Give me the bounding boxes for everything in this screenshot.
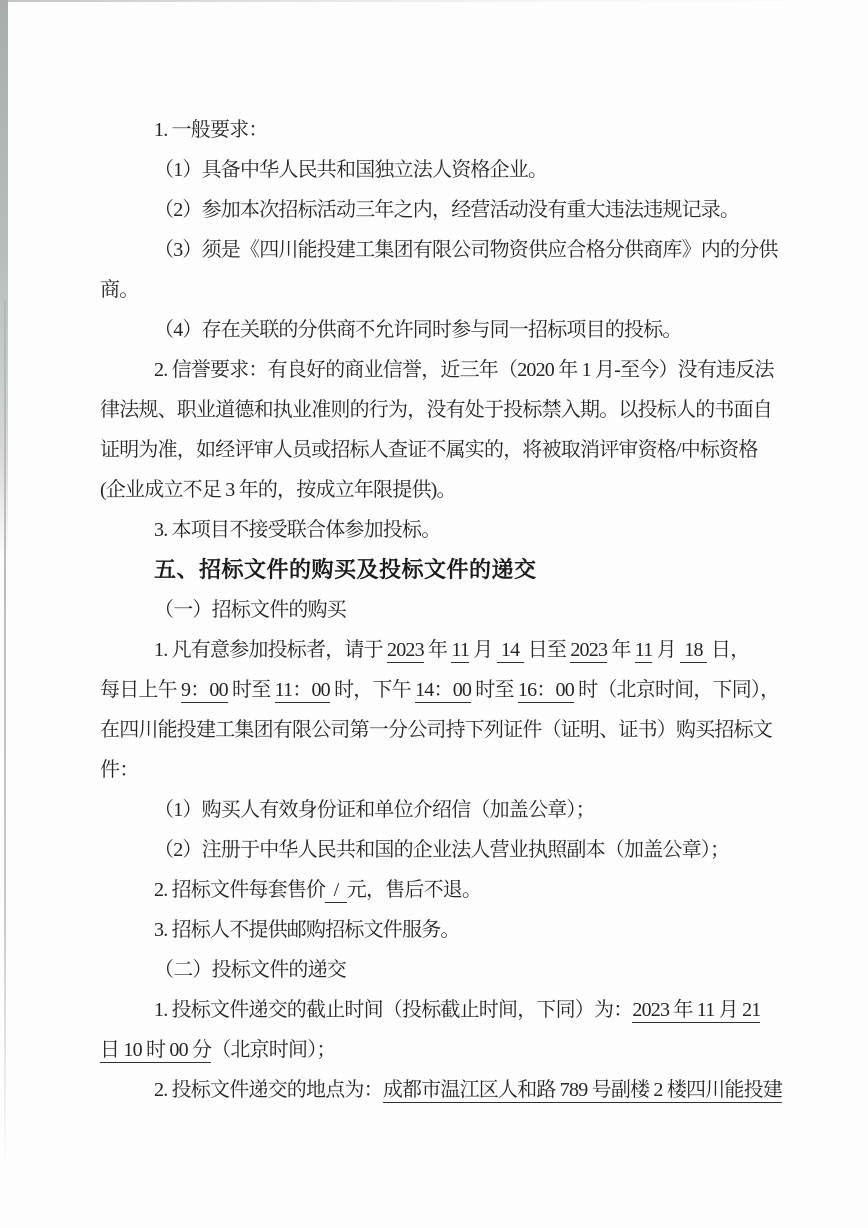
underlined-text: 11 [451,639,469,663]
para-credit-requirements-line-4: (企业成立不足 3 年的，按成立年限提供)。 [100,470,770,510]
underlined-text: 成都市温江区人和路 789 号副楼 2 楼四川能投建 [383,1079,782,1103]
text-segment: 1. 凡有意参加投标者，请于 [154,639,387,661]
text-segment: （北京时间）； [211,1039,335,1061]
underlined-text: 14：00 [415,679,471,703]
text-segment: （1）购买人有效身份证和单位介绍信（加盖公章）； [154,799,595,821]
para-general-req-item-4: （4）存在关联的分供商不允许同时参与同一招标项目的投标。 [100,310,770,350]
text-segment: （2）参加本次招标活动三年之内，经营活动没有重大违法违规记录。 [154,199,739,221]
underlined-text: 2023 [570,639,607,663]
text-segment: 日至 [524,639,571,661]
text-segment: 3. 本项目不接受联合体参加投标。 [154,519,440,541]
text-segment: 年 [607,639,635,661]
para-purchase-cert-1: （1）购买人有效身份证和单位介绍信（加盖公章）； [100,790,770,830]
para-credit-requirements-line-1: 2. 信誉要求：有良好的商业信誉，近三年（2020 年 1 月-至今）没有违反法 [100,350,770,390]
underlined-text: 11：00 [275,679,330,703]
para-general-req-item-2: （2）参加本次招标活动三年之内，经营活动没有重大违法违规记录。 [100,190,770,230]
para-no-mail-order: 3. 招标人不提供邮购招标文件服务。 [100,910,770,950]
text-segment: （二）投标文件的递交 [154,959,346,981]
para-purchase-cert-2: （2）注册于中华人民共和国的企业法人营业执照副本（加盖公章）； [100,830,770,870]
scan-left-edge-line-artifact [4,300,6,1170]
text-segment: （4）存在关联的分供商不允许同时参与同一招标项目的投标。 [154,319,682,341]
text-segment: （一）招标文件的购买 [154,599,346,621]
para-purchase-dates: 1. 凡有意参加投标者，请于 2023 年 11 月 14 日至 2023 年 … [100,630,770,670]
para-general-req-item-3: （3）须是《四川能投建工集团有限公司物资供应合格分供商库》内的分供 [100,230,770,270]
text-segment: （3）须是《四川能投建工集团有限公司物资供应合格分供商库》内的分供 [154,239,778,261]
text-segment: （1）具备中华人民共和国独立法人资格企业。 [154,159,547,181]
para-no-consortium: 3. 本项目不接受联合体参加投标。 [100,510,770,550]
text-segment: 商。 [100,279,138,301]
underlined-text: 16：00 [518,679,574,703]
underlined-text: 日 10 时 00 分 [100,1039,211,1063]
text-segment: 2. 信誉要求：有良好的商业信誉，近三年（2020 年 1 月-至今）没有违反法 [154,359,774,381]
underlined-text: 14 [497,639,524,663]
para-submission-address: 2. 投标文件递交的地点为：成都市温江区人和路 789 号副楼 2 楼四川能投建 [100,1070,770,1110]
text-segment: 元，售后不退。 [347,879,481,901]
text-segment: 日， [707,639,750,661]
para-purchase-location-line-1: 在四川能投建工集团有限公司第一分公司持下列证件（证明、证书）购买招标文 [100,710,770,750]
text-segment: 每日上午 [100,679,181,701]
scanned-document-page: 1. 一般要求：（1）具备中华人民共和国独立法人资格企业。（2）参加本次招标活动… [0,0,868,1228]
text-segment: 律法规、职业道德和执业准则的行为，没有处于投标禁入期。以投标人的书面自 [100,399,772,421]
text-segment: 时至 [471,679,518,701]
underlined-text: / [325,879,347,903]
text-segment: 1. 一般要求： [154,119,268,141]
text-segment: 月 [652,639,680,661]
document-body: 1. 一般要求：（1）具备中华人民共和国独立法人资格企业。（2）参加本次招标活动… [100,110,770,1110]
text-segment: 时至 [228,679,275,701]
subsection-heading-purchase: （一）招标文件的购买 [100,590,770,630]
text-segment: 件： [100,759,138,781]
text-segment: 3. 招标人不提供邮购招标文件服务。 [154,919,460,941]
text-segment: 1. 投标文件递交的截止时间（投标截止时间，下同）为： [154,999,632,1021]
underlined-text: 2023 年 11 月 21 [632,999,760,1023]
text-segment: 在四川能投建工集团有限公司第一分公司持下列证件（证明、证书）购买招标文 [100,719,772,741]
text-segment: （2）注册于中华人民共和国的企业法人营业执照副本（加盖公章）； [154,839,729,861]
para-purchase-location-line-2: 件： [100,750,770,790]
underlined-text: 11 [635,639,653,663]
para-general-req-item-3-wrap: 商。 [100,270,770,310]
scan-left-edge-artifact [0,0,8,560]
text-segment: 2. 招标文件每套售价 [154,879,325,901]
para-deadline-line-1: 1. 投标文件递交的截止时间（投标截止时间，下同）为：2023 年 11 月 2… [100,990,770,1030]
scan-top-edge-artifact [0,0,868,2]
text-segment: 证明为准，如经评审人员或招标人查证不属实的，将被取消评审资格/中标资格 [100,439,758,461]
text-segment: 2. 投标文件递交的地点为： [154,1079,383,1101]
text-segment: 时，下午 [330,679,415,701]
subsection-heading-submission: （二）投标文件的递交 [100,950,770,990]
text-segment: 年 [424,639,452,661]
para-general-requirements-title: 1. 一般要求： [100,110,770,150]
text-segment: 月 [469,639,497,661]
para-credit-requirements-line-3: 证明为准，如经评审人员或招标人查证不属实的，将被取消评审资格/中标资格 [100,430,770,470]
underlined-text: 2023 [387,639,424,663]
para-general-req-item-1: （1）具备中华人民共和国独立法人资格企业。 [100,150,770,190]
section-heading-five: 五、招标文件的购买及投标文件的递交 [100,550,770,590]
text-segment: 时（北京时间，下同）， [574,679,779,701]
para-credit-requirements-line-2: 律法规、职业道德和执业准则的行为，没有处于投标禁入期。以投标人的书面自 [100,390,770,430]
para-document-price: 2. 招标文件每套售价 / 元，售后不退。 [100,870,770,910]
underlined-text: 18 [680,639,707,663]
para-purchase-times: 每日上午 9：00 时至 11：00 时，下午 14：00 时至 16：00 时… [100,670,770,710]
para-deadline-line-2: 日 10 时 00 分（北京时间）； [100,1030,770,1070]
text-segment: (企业成立不足 3 年的，按成立年限提供)。 [100,479,456,501]
underlined-text: 9：00 [181,679,228,703]
text-segment: 五、招标文件的购买及投标文件的递交 [154,557,537,582]
